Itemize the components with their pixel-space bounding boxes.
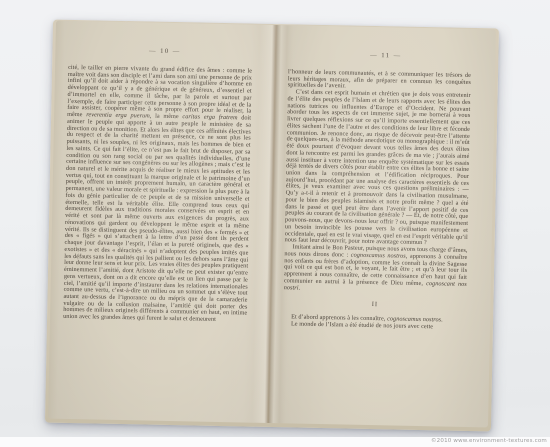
text-segment: C’est dans cet esprit humain et chrétien… xyxy=(285,89,471,247)
text-segment: cité, le tailler en pierre vivante du gr… xyxy=(67,64,252,119)
page-right: — 11 — l’honneur de leurs communautés, e… xyxy=(269,25,496,427)
paragraph: Imitant ainsi le Bon Pasteur, puisque no… xyxy=(284,244,468,295)
page-number-left: — 10 — xyxy=(55,46,274,58)
page-left: — 10 — cité, le tailler en pierre vivant… xyxy=(48,21,275,423)
paragraph: C’est dans cet esprit humain et chrétien… xyxy=(285,89,471,248)
text-segment: Le monde de l’Islam a été étudié de nos … xyxy=(291,320,433,330)
page-number-right: — 11 — xyxy=(276,50,495,62)
text-segment: doit animer le peuple qui apporte à un a… xyxy=(63,114,251,323)
open-book: — 10 — cité, le tailler en pierre vivant… xyxy=(48,21,496,428)
paragraph: cité, le tailler en pierre vivante du gr… xyxy=(63,65,252,325)
text-segment: . xyxy=(441,317,443,324)
text-segment: . xyxy=(298,284,300,291)
section-heading: II xyxy=(283,299,466,311)
page-text-right-bottom: Et d’abord apprenons à les connaître, co… xyxy=(283,314,466,331)
page-text-left: cité, le tailler en pierre vivante du gr… xyxy=(63,65,252,325)
page-text-right-top: l’honneur de leurs communautés, et à se … xyxy=(284,69,471,295)
watermark-credit: ©2010 www.environment-textures.com xyxy=(431,438,547,445)
photo-background: — 10 — cité, le tailler en pierre vivant… xyxy=(0,0,550,447)
text-segment: l’honneur de leurs communautés, et à se … xyxy=(288,68,471,90)
